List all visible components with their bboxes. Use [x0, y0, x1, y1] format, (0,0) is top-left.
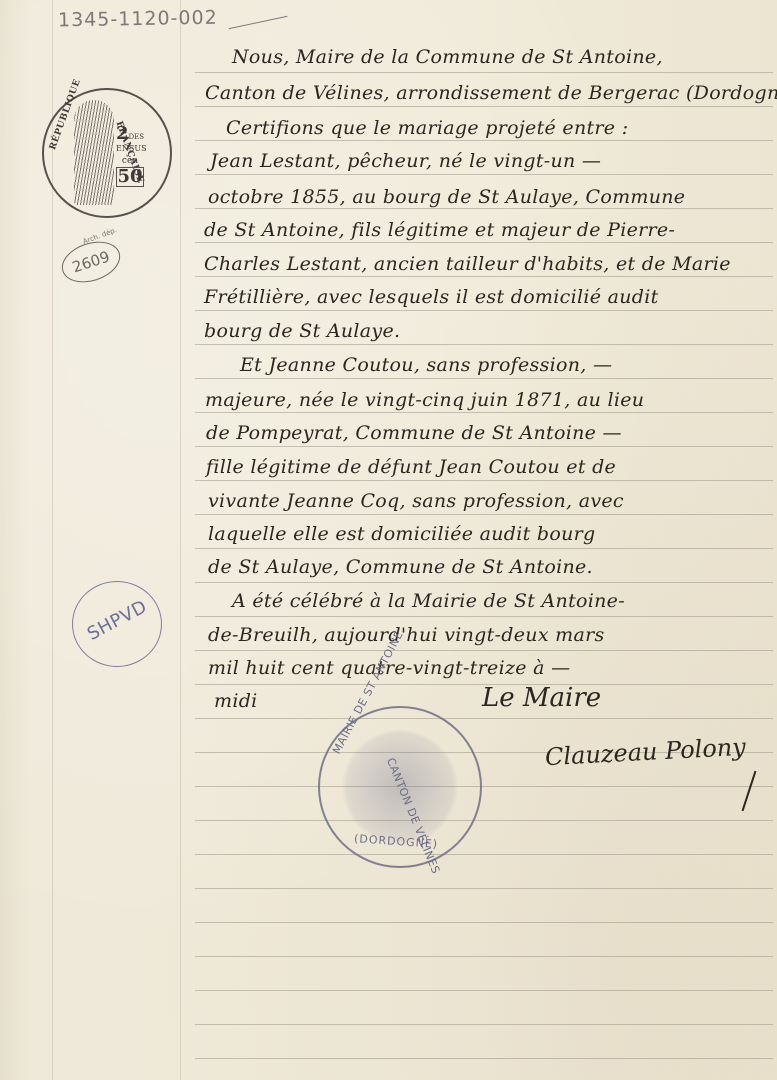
text-line-5: octobre 1855, au bourg de St Aulaye, Com… [208, 186, 685, 208]
ruled-line [195, 106, 773, 107]
ruled-line [195, 208, 773, 209]
ruled-line [195, 310, 773, 311]
fiscal-stamp-value: 2DES ENSUS cen 50 [116, 128, 144, 187]
text-line-12: de Pompeyrat, Commune de St Antoine — [206, 422, 622, 444]
text-line-4: Jean Lestant, pêcheur, né le vingt-un — [210, 150, 601, 172]
ruled-line [195, 174, 773, 175]
text-line-9: bourg de St Aulaye. [204, 320, 400, 342]
text-line-8: Frétillière, avec lesquels il est domici… [204, 286, 659, 308]
collection-stamp: SHPVD [72, 581, 162, 667]
signature-flourish [742, 771, 757, 812]
fiscal-stamp: RÉPUBLIQUE FRANÇAISE 2DES ENSUS cen 50 [42, 88, 172, 218]
archive-reference: 1345-1120-002 [58, 7, 218, 32]
ruled-line [195, 820, 773, 821]
ruled-line [195, 446, 773, 447]
collection-stamp-text: SHPVD [84, 596, 151, 645]
ruled-line [195, 412, 773, 413]
fiscal-value-top: 2 [116, 123, 129, 144]
text-line-18: de-Breuilh, aujourd'hui vingt-deux mars [208, 624, 605, 646]
text-line-15: laquelle elle est domiciliée audit bourg [208, 523, 596, 545]
text-line-7: Charles Lestant, ancien tailleur d'habit… [204, 253, 731, 275]
text-line-13: fille légitime de défunt Jean Coutou et … [206, 456, 616, 478]
text-line-17: A été célébré à la Mairie de St Antoine- [232, 590, 625, 612]
document-page: 1345-1120-002 RÉPUBLIQUE FRANÇAISE 2DES … [0, 0, 777, 1080]
ruled-line [195, 1058, 773, 1059]
mayor-signature: Clauzeau Polony [544, 733, 746, 771]
text-line-3: Certifions que le mariage projeté entre … [226, 117, 628, 139]
ruled-line [195, 276, 773, 277]
ruled-line [195, 548, 773, 549]
pencil-stroke [229, 16, 288, 29]
fiscal-value-label: ENSUS [116, 143, 144, 154]
registry-stamp: 2609 [57, 235, 126, 290]
mairie-seal: MAIRIE DE ST ANTOINE CANTON DE VÉLINES (… [318, 706, 482, 868]
text-line-10: Et Jeanne Coutou, sans profession, — [240, 354, 612, 376]
ruled-line [195, 242, 773, 243]
text-line-20: midi [214, 690, 258, 712]
ruled-line [195, 854, 773, 855]
text-line-1: Nous, Maire de la Commune de St Antoine, [232, 46, 663, 68]
ruled-line [195, 514, 773, 515]
ruled-line [195, 922, 773, 923]
ruled-line [195, 140, 773, 141]
ruled-line [195, 990, 773, 991]
ruled-line [195, 582, 773, 583]
text-line-2: Canton de Vélines, arrondissement de Ber… [205, 82, 777, 104]
signature-title: Le Maire [482, 683, 601, 713]
ruled-line [195, 956, 773, 957]
text-line-16: de St Aulaye, Commune de St Antoine. [208, 556, 593, 578]
marianne-figure-icon [74, 100, 114, 205]
ruled-line [195, 718, 773, 719]
fiscal-value-sup: DES [129, 133, 145, 141]
text-line-11: majeure, née le vingt-cinq juin 1871, au… [205, 389, 644, 411]
text-line-6: de St Antoine, fils légitime et majeur d… [204, 219, 675, 241]
ruled-line [195, 786, 773, 787]
ruled-line [195, 480, 773, 481]
text-line-14: vivante Jeanne Coq, sans profession, ave… [208, 490, 624, 512]
ruled-line [195, 616, 773, 617]
ruled-line [195, 1024, 773, 1025]
ruled-line [195, 888, 773, 889]
margin-line [180, 0, 181, 1080]
ruled-line [195, 344, 773, 345]
ruled-line [195, 650, 773, 651]
fiscal-cents-value: 50 [116, 167, 144, 187]
ruled-line [195, 72, 773, 73]
ruled-line [195, 378, 773, 379]
